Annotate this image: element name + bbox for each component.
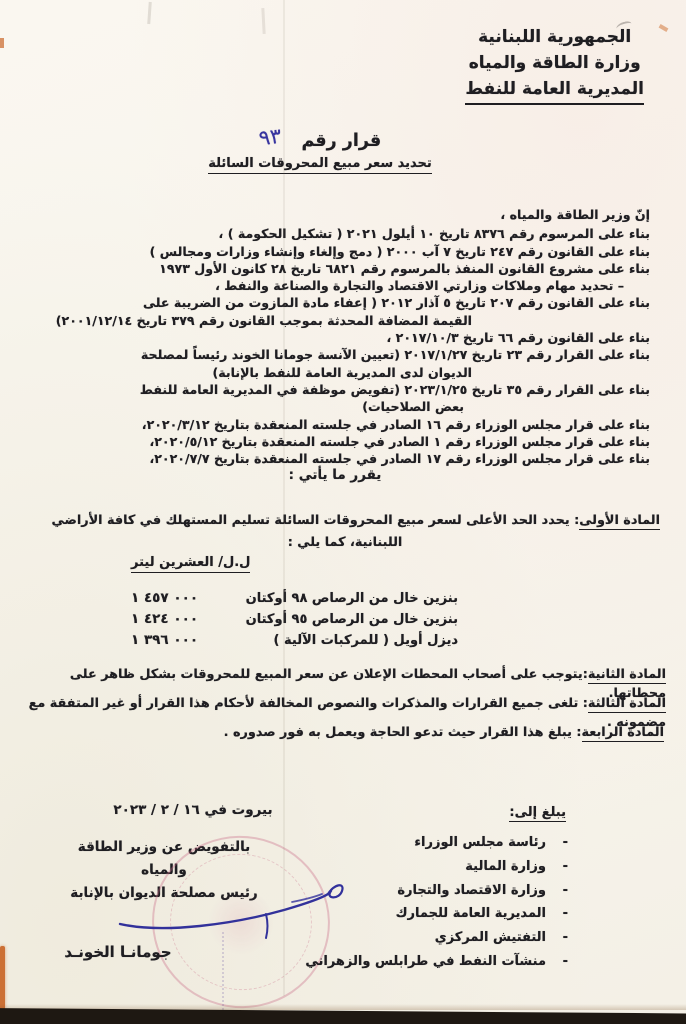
article-4-text: : يبلغ هذا القرار حيث تدعو الحاجة ويعمل … — [224, 725, 582, 740]
preamble-clause-line: – تحديد مهام وملاكات وزارتي الاقتصاد وال… — [28, 277, 624, 294]
preamble-clause-line: بناء على قرار مجلس الوزراء رقم ١٧ الصادر… — [28, 450, 650, 467]
decree-number-handwritten: ٩٣ — [257, 124, 282, 151]
vertical-fold-line — [283, 0, 285, 996]
fuel-item-price: ١ ٣٩٦ ٠٠٠ — [131, 630, 198, 651]
preamble-clause-line: بناء على القانون رقم ٢٤٧ تاريخ ٧ آب ٢٠٠٠… — [28, 243, 650, 260]
distribution-item: التفتيش المركزي — [305, 926, 568, 950]
letterhead-directorate: المديرية العامة للنفط — [465, 76, 644, 105]
distribution-item: المديرية العامة للجمارك — [305, 902, 568, 926]
price-row: بنزين خال من الرصاص ٩٨ أوكتان ١ ٤٥٧ ٠٠٠ — [131, 588, 458, 609]
place-and-date: بيروت في ١٦ / ٢ / ٢٠٢٣ — [84, 802, 302, 818]
preamble-clause-line: القيمة المضافة المحدثة بموجب القانون رقم… — [28, 312, 472, 329]
article-1-text-line2: اللبنانية، كما يلي : — [30, 533, 660, 552]
distribution-item: رئاسة مجلس الوزراء — [305, 831, 568, 855]
preamble: إنّ وزير الطاقة والمياه ، بناء على المرس… — [28, 206, 650, 467]
preamble-clause-line: بناء على القرار رقم ٣٥ تاريخ ٢٠٢٣/١/٢٥ (… — [28, 381, 650, 398]
preamble-clause-line: بناء على قرار مجلس الوزراء رقم ١ الصادر … — [28, 433, 650, 450]
preamble-clause-line: بناء على القرار رقم ٢٣ تاريخ ٢٠١٧/١/٢٧ (… — [28, 346, 650, 363]
fuel-item-name: ديزل أويل ( للمركبات الآلية ) — [274, 630, 458, 651]
price-table: بنزين خال من الرصاص ٩٨ أوكتان ١ ٤٥٧ ٠٠٠ … — [131, 588, 458, 651]
article-1-text: : يحدد الحد الأعلى لسعر مبيع المحروقات ا… — [52, 513, 580, 528]
distribution-item: منشآت النفط في طرابلس والزهراني — [305, 950, 568, 974]
scanned-decree-page: الجمهورية اللبنانية وزارة الطاقة والمياه… — [0, 0, 686, 1024]
letterhead-ministry: وزارة الطاقة والمياه — [465, 50, 644, 76]
decree-title-label: قرار رقم — [301, 131, 381, 151]
scan-smudge — [147, 2, 152, 24]
preamble-clause-line: الديوان لدى المديرية العامة للنفط بالإنا… — [28, 364, 472, 381]
fuel-item-price: ١ ٤٢٤ ٠٠٠ — [131, 609, 198, 630]
preamble-clause-line: بناء على القانون رقم ٢٠٧ تاريخ ٥ آذار ٢٠… — [28, 294, 650, 311]
article-4-label: المادة الرابعة — [582, 725, 664, 742]
price-row: بنزين خال من الرصاص ٩٥ أوكتان ١ ٤٢٤ ٠٠٠ — [131, 609, 458, 630]
scan-edge-mark — [0, 38, 4, 48]
preamble-clauses: بناء على المرسوم رقم ٨٣٧٦ تاريخ ١٠ أيلول… — [28, 225, 650, 467]
fuel-item-price: ١ ٤٥٧ ٠٠٠ — [131, 588, 198, 609]
preamble-clause-line: بناء على مشروع القانون المنفذ بالمرسوم ر… — [28, 260, 650, 277]
fuel-item-name: بنزين خال من الرصاص ٩٨ أوكتان — [246, 588, 458, 609]
article-2-label: المادة الثانية — [588, 667, 666, 684]
article-3-label: المادة الثالثة — [588, 696, 666, 713]
preamble-clause-line: بناء على المرسوم رقم ٨٣٧٦ تاريخ ١٠ أيلول… — [28, 225, 650, 242]
article-4: المادة الرابعة: يبلغ هذا القرار حيث تدعو… — [60, 723, 664, 742]
preamble-clause-line: بناء على القانون رقم ٦٦ تاريخ ٢٠١٧/١٠/٣ … — [28, 329, 650, 346]
article-1-label: المادة الأولى — [579, 513, 660, 530]
decree-title-block: قرار رقم ٩٣ تحديد سعر مبيع المحروقات الس… — [170, 127, 470, 171]
distribution-item: وزارة الاقتصاد والتجارة — [305, 879, 568, 903]
preamble-clause-line: بناء على قرار مجلس الوزراء رقم ١٦ الصادر… — [28, 416, 650, 433]
distribution-heading: يبلغ إلى: — [509, 805, 566, 820]
distribution-list: رئاسة مجلس الوزراء وزارة المالية وزارة ا… — [305, 831, 568, 974]
scan-edge-mark — [0, 946, 5, 1010]
scan-edge-mark — [659, 24, 669, 32]
fuel-item-name: بنزين خال من الرصاص ٩٥ أوكتان — [246, 609, 458, 630]
price-row: ديزل أويل ( للمركبات الآلية ) ١ ٣٩٦ ٠٠٠ — [131, 630, 458, 651]
decree-lead: يقرر ما يأتي : — [250, 467, 420, 483]
scan-smudge — [261, 8, 265, 34]
preamble-clause-line: بعض الصلاحيات) — [28, 398, 464, 415]
distribution-item: وزارة المالية — [305, 855, 568, 879]
preamble-intro: إنّ وزير الطاقة والمياه ، — [28, 206, 650, 223]
signatory-name: جومانـا الخونـد — [24, 943, 212, 961]
letterhead: الجمهورية اللبنانية وزارة الطاقة والمياه… — [465, 24, 644, 105]
article-1: المادة الأولى: يحدد الحد الأعلى لسعر مبي… — [30, 511, 660, 552]
price-unit-label: ل.ل/ العشرين ليتر — [131, 555, 250, 570]
decree-subject: تحديد سعر مبيع المحروقات السائلة — [208, 156, 432, 174]
